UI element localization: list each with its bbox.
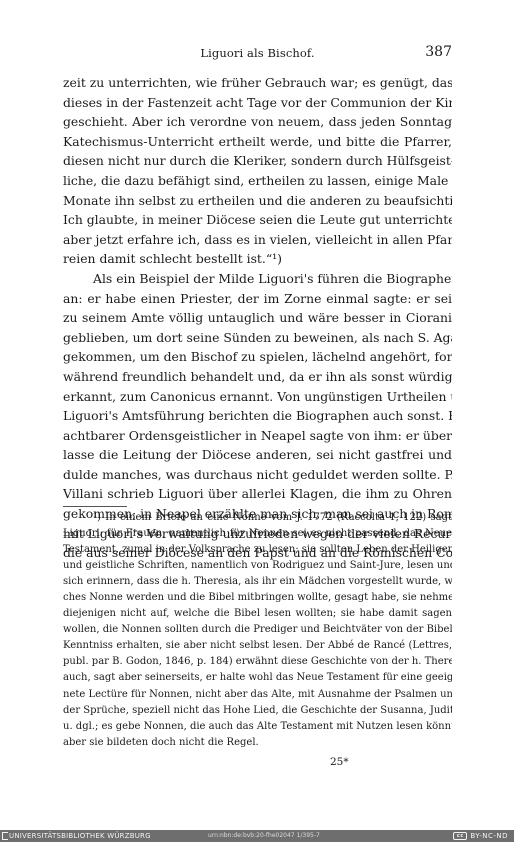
text-line: während freundlich behandelt und, da er … <box>63 367 452 387</box>
sheet-signature: 25* <box>330 756 349 768</box>
paragraph-start-line: Als ein Beispiel der Milde Liguori's füh… <box>63 269 452 289</box>
text-line: diesen nicht nur durch die Kleriker, son… <box>63 151 452 171</box>
text-line: dulde manches, was durchaus nicht geduld… <box>63 465 452 485</box>
text-line: an: er habe einen Priester, der im Zorne… <box>63 289 452 309</box>
footnote-line: ¹) In einem Briefe an eine Nonne vom J. … <box>63 510 452 526</box>
library-logo-text: UNIVERSITÄTSBIBLIOTHEK WÜRZBURG <box>9 831 151 841</box>
footnote-line: ches Nonne werden und die Bibel mitbring… <box>63 590 452 606</box>
footnote-line: Kenntniss erhalten, sie aber nicht selbs… <box>63 638 452 654</box>
footnote-line: u. dgl.; es gebe Nonnen, die auch das Al… <box>63 719 452 735</box>
text-line: liche, die dazu befähigt sind, ertheilen… <box>63 171 452 191</box>
text-line: dieses in der Fastenzeit acht Tage vor d… <box>63 93 452 113</box>
text-line: geschieht. Aber ich verordne von neuem, … <box>63 112 452 132</box>
document-page: Liguori als Bischof. 387 zeit zu unterri… <box>0 0 514 830</box>
text-line: Ich glaubte, in meiner Diöcese seien die… <box>63 210 452 230</box>
footnote-line: aber sie bildeten doch nicht die Regel. <box>63 735 452 751</box>
library-logo-icon <box>2 832 8 840</box>
text-line: zeit zu unterrichten, wie früher Gebrauc… <box>63 73 452 93</box>
text-line: achtbarer Ordensgeistlicher in Neapel sa… <box>63 426 452 446</box>
urn-identifier[interactable]: urn:nbn:de:bvb:20-fhe02047 1/395-7 <box>208 831 320 841</box>
page-number: 387 <box>425 44 452 60</box>
library-logo[interactable]: UNIVERSITÄTSBIBLIOTHEK WÜRZBURG <box>2 831 151 841</box>
text-line: lasse die Leitung der Diöcese anderen, s… <box>63 445 452 465</box>
footnotes: ¹) In einem Briefe an eine Nonne vom J. … <box>63 510 452 751</box>
text-line: Monate ihn selbst zu ertheilen und die a… <box>63 191 452 211</box>
text-line: zu seinem Amte völlig untauglich und wär… <box>63 308 452 328</box>
footer-bar: UNIVERSITÄTSBIBLIOTHEK WÜRZBURG urn:nbn:… <box>0 830 514 842</box>
text-line: geblieben, um dort seine Sünden zu bewei… <box>63 328 452 348</box>
footnote-line: wollen, die Nonnen sollten durch die Pre… <box>63 622 452 638</box>
text-line: reien damit schlecht bestellt ist.“¹) <box>63 249 452 269</box>
text-line: erkannt, zum Canonicus ernannt. Von ungü… <box>63 387 452 407</box>
body-text: zeit zu unterrichten, wie früher Gebrauc… <box>63 73 452 563</box>
footnote-line: Testament, zumal in der Volksprache zu l… <box>63 542 452 558</box>
footnote-line: publ. par B. Godon, 1846, p. 184) erwähn… <box>63 654 452 670</box>
running-head: Liguori als Bischof. 387 <box>63 46 452 62</box>
footnote-line: diejenigen nicht auf, welche die Bibel l… <box>63 606 452 622</box>
text-line: Katechismus-Unterricht ertheilt werde, u… <box>63 132 452 152</box>
footnote-line: nete Lectüre für Nonnen, nicht aber das … <box>63 687 452 703</box>
running-title: Liguori als Bischof. <box>63 46 452 60</box>
text-line: gekommen, um den Bischof zu spielen, läc… <box>63 347 452 367</box>
license-text: BY-NC-ND <box>470 831 508 841</box>
text-line: Villani schrieb Liguori über allerlei Kl… <box>63 484 452 504</box>
footnote-line: Liguori: für Frauen, namentlich für Nonn… <box>63 526 452 542</box>
footnote-line: auch, sagt aber seinerseits, er halte wo… <box>63 670 452 686</box>
footnote-line: der Sprüche, speziell nicht das Hohe Lie… <box>63 703 452 719</box>
license-badge[interactable]: cc BY-NC-ND <box>453 831 508 841</box>
cc-icon: cc <box>453 832 467 840</box>
footnote-separator <box>63 506 127 507</box>
text-line: Liguori's Amtsführung berichten die Biog… <box>63 406 452 426</box>
footnote-line: und geistliche Schriften, namentlich von… <box>63 558 452 574</box>
text-line: aber jetzt erfahre ich, dass es in viele… <box>63 230 452 250</box>
footnote-line: sich erinnern, dass die h. Theresia, als… <box>63 574 452 590</box>
